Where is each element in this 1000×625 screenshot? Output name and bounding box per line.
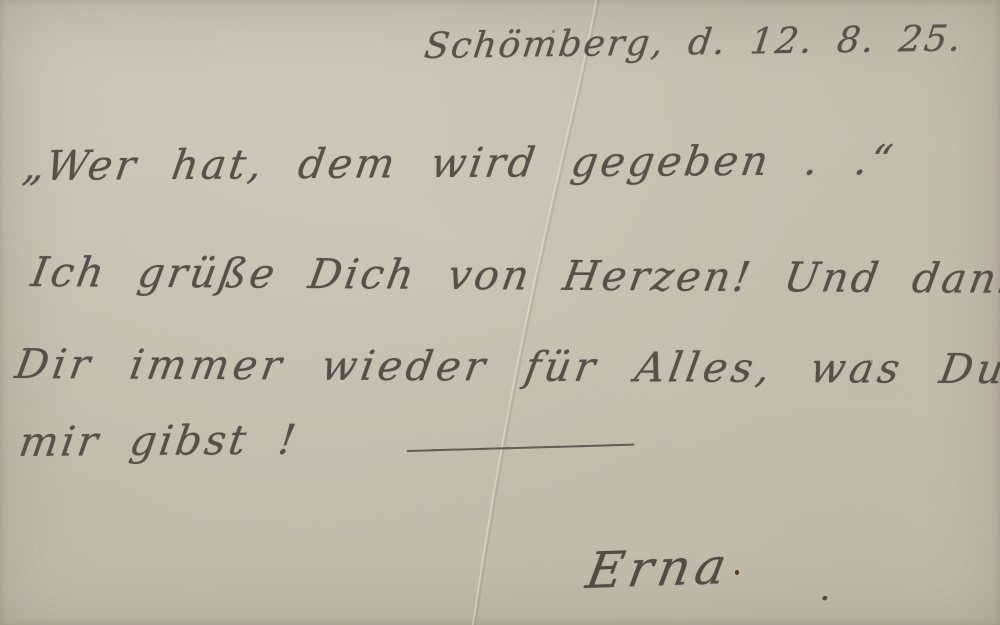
body-line: Dir immer wieder für Alles, was Du <box>12 340 1000 393</box>
pen-dash-flourish: ————————— <box>405 426 631 467</box>
body-line: Ich grüße Dich von Herzen! Und danke <box>28 248 1000 303</box>
body-line: mir gibst ! <box>16 416 302 466</box>
quote-line: „Wer hat, dem wird gegeben . .“ <box>20 136 899 190</box>
paper-speck <box>735 570 739 575</box>
signature: Erna <box>582 537 736 600</box>
dateline: Schömberg, d. 12. 8. 25. <box>422 19 965 67</box>
signature-period: . <box>818 568 834 609</box>
letter-page: Schömberg, d. 12. 8. 25. „Wer hat, dem w… <box>0 0 1000 625</box>
fold-crease <box>0 0 1000 625</box>
paper-grain-texture <box>0 0 1000 625</box>
